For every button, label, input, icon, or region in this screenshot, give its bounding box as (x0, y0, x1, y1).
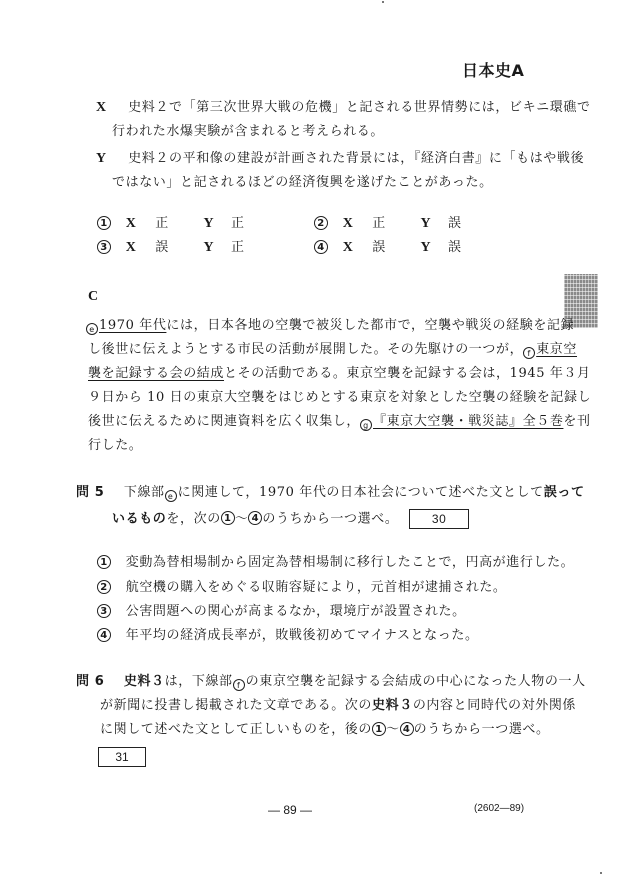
choice-number-icon: 3 (97, 604, 111, 618)
scan-speck (382, 1, 384, 3)
combo-choice-4[interactable]: 4 X 誤 Y 誤 (314, 240, 462, 256)
mark-f-icon: f (523, 347, 535, 359)
question-5-label: 問 5 (76, 485, 104, 500)
page-number: — 89 — (268, 803, 312, 817)
scan-speck (600, 872, 602, 874)
statement-x-label: X (96, 100, 107, 115)
combo-choice-3[interactable]: 3 X 誤 Y 正 (97, 240, 245, 256)
statement-x-line2: 行われた水爆実験が含まれると考えられる。 (112, 124, 384, 139)
choice-number-icon: 3 (97, 240, 111, 254)
choice-number-icon: 4 (97, 628, 111, 642)
emphasis-incorrect: 誤って (544, 485, 585, 500)
q5-option-4[interactable]: 4 年平均の経済成長率が，敗戦後初めてマイナスとなった。 (97, 628, 479, 644)
question-6-label: 問 6 (76, 674, 104, 689)
mark-e-icon: e (165, 490, 177, 502)
mark-g-icon: g (360, 419, 372, 431)
mark-f-icon: f (233, 679, 245, 691)
choice-number-icon: 1 (97, 555, 111, 569)
q5-option-3[interactable]: 3 公害問題への関心が高まるなか，環境庁が設置された。 (97, 604, 466, 620)
statement-y-line2: ではない」と記されるほどの経済復興を遂げたことがあった。 (112, 175, 493, 190)
combo-choice-2[interactable]: 2 X 正 Y 誤 (314, 216, 462, 232)
section-c-heading: C (88, 289, 98, 305)
statement-x-line1: 史料２で「第三次世界大戦の危機」と記される世界情勢には，ビキニ環礁で (128, 100, 590, 115)
underline-g: 『東京大空襲・戦災誌』全５巻 (373, 414, 563, 429)
underline-f-end: 襲を記録する会の結成 (88, 366, 224, 381)
answer-box-30[interactable]: 30 (409, 509, 469, 529)
underline-f-start: 東京空 (536, 342, 577, 357)
range-start-icon: 1 (372, 722, 386, 736)
range-end-icon: 4 (400, 722, 414, 736)
q5-option-2[interactable]: 2 航空機の購入をめぐる収賄容疑により，元首相が逮捕された。 (97, 580, 507, 596)
statement-y-label: Y (96, 151, 107, 166)
combo-choice-1[interactable]: 1 X 正 Y 正 (97, 216, 245, 232)
underline-e: 1970 年代 (99, 318, 166, 333)
exam-code: (2602—89) (474, 803, 524, 814)
range-start-icon: 1 (221, 511, 235, 525)
statement-y-line1: 史料２の平和像の建設が計画された背景には，『経済白書』に「もはや戦後 (128, 151, 584, 166)
range-end-icon: 4 (248, 511, 262, 525)
answer-box-31[interactable]: 31 (98, 747, 146, 767)
q5-option-1[interactable]: 1 変動為替相場制から固定為替相場制に移行したことで，円高が進行した。 (97, 555, 574, 571)
mark-e-icon: e (86, 323, 98, 335)
choice-number-icon: 4 (314, 240, 328, 254)
choice-number-icon: 2 (314, 216, 328, 230)
subject-title: 日本史A (462, 58, 524, 81)
choice-number-icon: 1 (97, 216, 111, 230)
choice-number-icon: 2 (97, 580, 111, 594)
